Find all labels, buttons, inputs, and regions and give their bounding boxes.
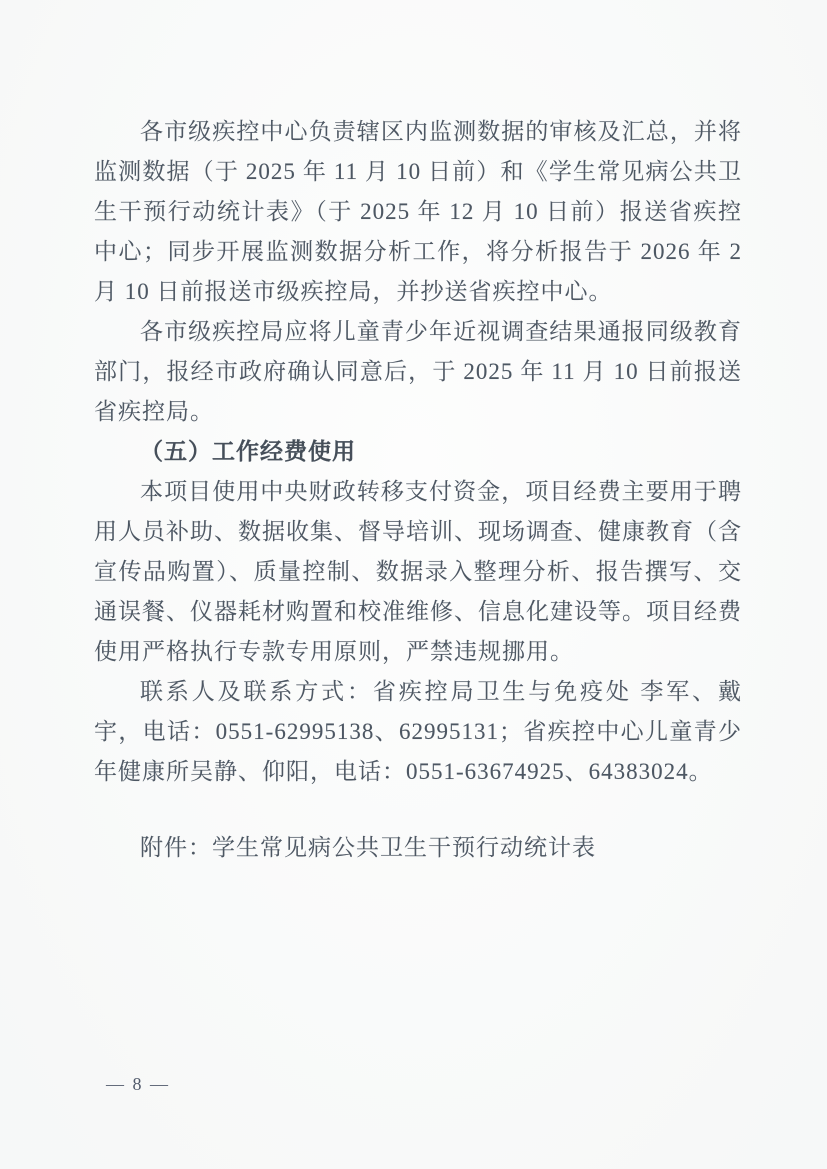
- paragraph-myopia-survey-reporting: 各市级疾控局应将儿童青少年近视调查结果通报同级教育部门，报经市政府确认同意后，于…: [94, 312, 742, 432]
- attachment-line: 附件：学生常见病公共卫生干预行动统计表: [94, 828, 742, 868]
- section-heading-funding-usage: （五）工作经费使用: [94, 432, 742, 472]
- document-body: 各市级疾控中心负责辖区内监测数据的审核及汇总，并将监测数据（于 2025 年 1…: [94, 112, 742, 868]
- paragraph-funding-details: 本项目使用中央财政转移支付资金，项目经费主要用于聘用人员补助、数据收集、督导培训…: [94, 472, 742, 672]
- page-number: — 8 —: [106, 1074, 170, 1095]
- paragraph-monitoring-data-reporting: 各市级疾控中心负责辖区内监测数据的审核及汇总，并将监测数据（于 2025 年 1…: [94, 112, 742, 312]
- document-page: 各市级疾控中心负责辖区内监测数据的审核及汇总，并将监测数据（于 2025 年 1…: [0, 0, 827, 1169]
- paragraph-contact-info: 联系人及联系方式：省疾控局卫生与免疫处 李军、戴宇，电话：0551-629951…: [94, 672, 742, 792]
